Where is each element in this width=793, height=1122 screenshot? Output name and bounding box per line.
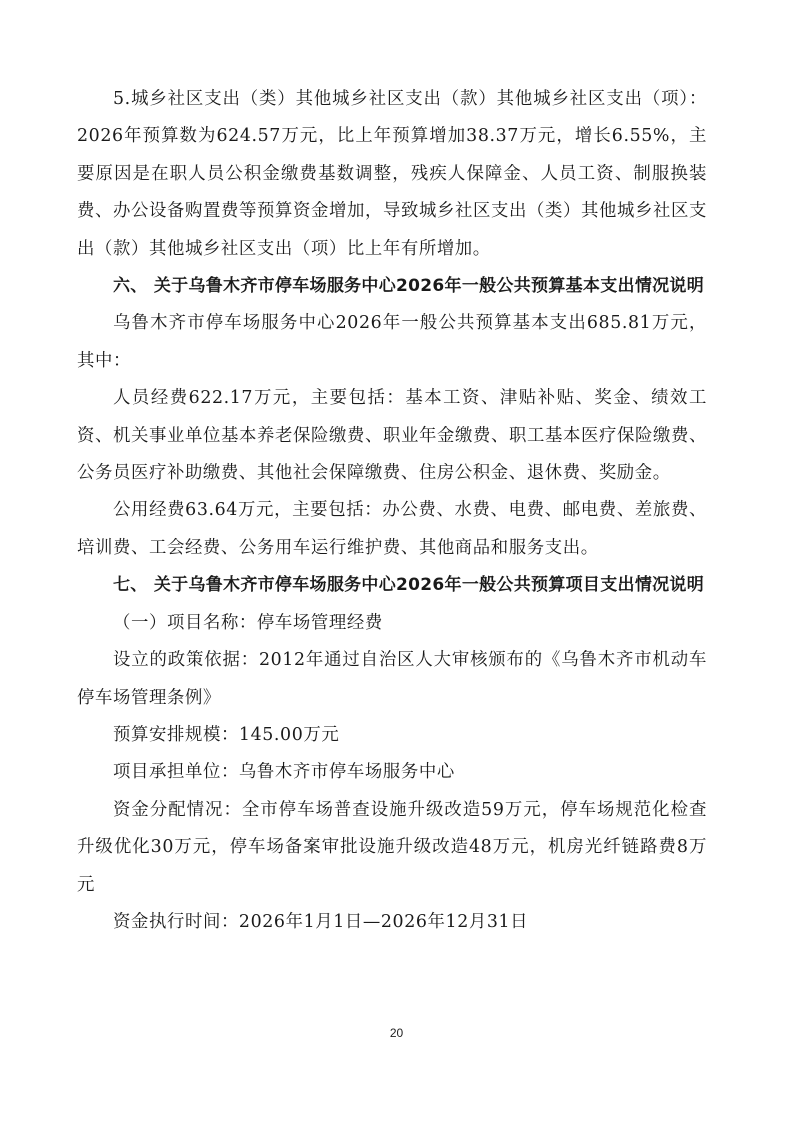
paragraph-policy-basis: 设立的政策依据：2012年通过自治区人大审核颁布的《乌鲁木齐市机动车停车场管理条… bbox=[77, 642, 707, 717]
paragraph-execution-period: 资金执行时间：2026年1月1日—2026年12月31日 bbox=[77, 904, 707, 941]
paragraph-responsible-unit: 项目承担单位：乌鲁木齐市停车场服务中心 bbox=[77, 754, 707, 791]
page-number: 20 bbox=[0, 1026, 793, 1040]
document-page: 5.城乡社区支出（类）其他城乡社区支出（款）其他城乡社区支出（项）：2026年预… bbox=[0, 0, 793, 1122]
paragraph-fund-allocation: 资金分配情况：全市停车场普查设施升级改造59万元，停车场规范化检查升级优化30万… bbox=[77, 792, 707, 904]
paragraph-budget-scale: 预算安排规模：145.00万元 bbox=[77, 717, 707, 754]
paragraph-personnel-expenses: 人员经费622.17万元，主要包括：基本工资、津贴补贴、奖金、绩效工资、机关事业… bbox=[77, 380, 707, 492]
section-heading-basic-expenditure: 六、 关于乌鲁木齐市停车场服务中心2026年一般公共预算基本支出情况说明 bbox=[77, 268, 707, 305]
paragraph-public-expenses: 公用经费63.64万元，主要包括：办公费、水费、电费、邮电费、差旅费、培训费、工… bbox=[77, 492, 707, 567]
paragraph-project-name: （一）项目名称：停车场管理经费 bbox=[77, 605, 707, 642]
page-content: 5.城乡社区支出（类）其他城乡社区支出（款）其他城乡社区支出（项）：2026年预… bbox=[77, 81, 707, 941]
paragraph-basic-expenditure-total: 乌鲁木齐市停车场服务中心2026年一般公共预算基本支出685.81万元，其中： bbox=[77, 305, 707, 380]
section-heading-project-expenditure: 七、 关于乌鲁木齐市停车场服务中心2026年一般公共预算项目支出情况说明 bbox=[77, 567, 707, 604]
paragraph-community-expenditure: 5.城乡社区支出（类）其他城乡社区支出（款）其他城乡社区支出（项）：2026年预… bbox=[77, 81, 707, 268]
